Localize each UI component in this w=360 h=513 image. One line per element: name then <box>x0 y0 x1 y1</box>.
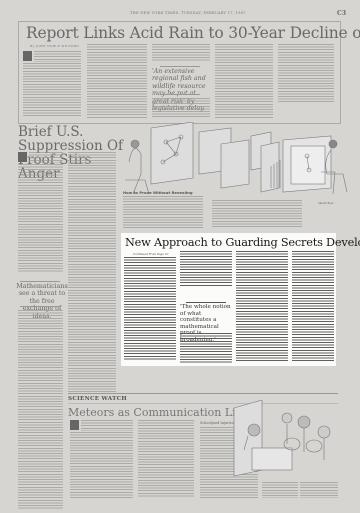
acid-rain-dropcap <box>23 51 32 61</box>
suppression-text-col1b <box>18 310 63 510</box>
page-folio: THE NEW YORK TIMES, TUESDAY, FEBRUARY 17… <box>130 11 246 15</box>
science-watch-rule <box>68 393 338 394</box>
meteors-dropcap <box>70 420 79 430</box>
acid-rain-text-col1a <box>34 51 81 62</box>
pull-quote-rule <box>160 94 200 95</box>
suppression-text-col2 <box>68 152 116 392</box>
meteors-headline: Meteors as Communication Links <box>68 406 255 419</box>
pull-quote-rule <box>20 281 60 282</box>
meteors-text-col1a <box>81 420 133 431</box>
meteors-subhead: Schoolyard Injuries <box>200 421 234 425</box>
illustration-caption-text-col2 <box>212 200 302 228</box>
secrets-headline: New Approach to Guarding Secrets Develop… <box>125 236 360 249</box>
suppression-text-col1 <box>18 164 63 272</box>
illustration-caption-title: How to Prove Without Revealing <box>123 190 193 195</box>
pull-quote-rule <box>160 66 200 67</box>
secrets-text-col1 <box>124 257 176 361</box>
meteors-text-col4 <box>262 482 298 498</box>
acid-rain-text-col3a <box>152 44 210 61</box>
pull-quote-rule <box>20 306 60 307</box>
acid-rain-byline: By JOHN NOBLE WILFORD <box>30 44 79 48</box>
illustration-caption-text-col1 <box>123 196 203 228</box>
science-watch-label: SCIENCE WATCH <box>68 396 127 402</box>
meteors-text-col5 <box>300 482 338 498</box>
suppression-dropcap <box>18 152 27 162</box>
schoolyard-illustration <box>232 400 342 482</box>
page-number: C3 <box>337 10 346 17</box>
secrets-text-col2a <box>180 251 232 287</box>
acid-rain-headline: Report Links Acid Rain to 30-Year Declin… <box>26 24 360 42</box>
secrets-text-col3 <box>236 251 288 363</box>
suppression-text-col1a <box>29 152 63 163</box>
secrets-text-col2b <box>180 333 232 363</box>
acid-rain-text-col1 <box>23 63 81 117</box>
acid-rain-text-col2 <box>87 44 147 118</box>
zero-knowledge-illustration <box>121 122 357 200</box>
meteors-text-col1 <box>70 432 133 498</box>
acid-rain-text-col4 <box>215 44 273 118</box>
acid-rain-text-col3b <box>152 98 210 118</box>
acid-rain-text-col5 <box>278 44 334 102</box>
illustration-credit: Sketch Byer <box>318 202 333 205</box>
meteors-text-col2 <box>138 420 194 498</box>
secrets-continued-label: Continued From Page C1 <box>133 252 169 256</box>
secrets-text-col4 <box>292 251 334 363</box>
pull-quote-rule <box>186 302 226 303</box>
